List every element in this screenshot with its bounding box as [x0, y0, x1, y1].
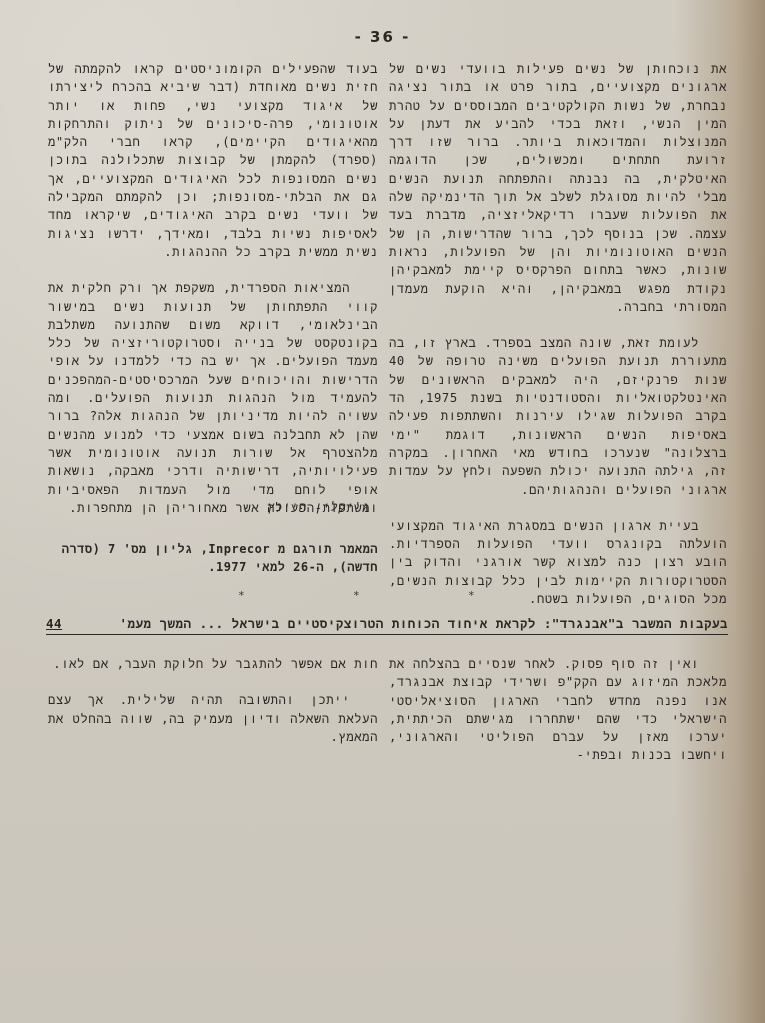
paragraph: בעיית ארגון הנשים במסגרת האיגוד המקצועי …	[389, 517, 727, 608]
continuation-page-ref: 44	[46, 616, 62, 632]
paragraph: חות אם אפשר להתגבר על חלוקת העבר, אם לאו…	[48, 655, 378, 673]
left-column-bottom: חות אם אפשר להתגבר על חלוקת העבר, אם לאו…	[48, 655, 378, 764]
paragraph: את נוכחותן של נשים פעילות בוועדי נשים של…	[389, 60, 727, 316]
right-column-bottom: ואין זה סוף פסוק. לאחר שנסיים בהצלחה את …	[389, 655, 727, 783]
paragraph: המציאות הספרדית, משקפת אך ורק חלקית את ק…	[48, 279, 378, 517]
separator-star: *	[468, 589, 475, 602]
page-number: - 36 -	[0, 28, 765, 46]
source-note: המאמר תורגם מ Inprecor, גליון מס' 7 (סדר…	[48, 540, 378, 576]
separator-star: *	[238, 589, 245, 602]
paragraph: ואין זה סוף פסוק. לאחר שנסיים בהצלחה את …	[389, 655, 727, 765]
right-column-top: את נוכחותן של נשים פעילות בוועדי נשים של…	[389, 60, 727, 626]
author-signature: ג'יקלין היינץ	[100, 500, 370, 515]
continuation-header: בעקבות המשבר ב"אבנגרד": לקראת איחוד הכוח…	[46, 616, 728, 635]
paragraph: ייתכן והתשובה תהיה שלילית. אך עצם העלאת …	[48, 691, 378, 746]
separator-star: *	[353, 589, 360, 602]
left-column-top: בעוד שהפעילים הקומוניסטים קראו להקמתה של…	[48, 60, 378, 535]
paragraph: בעוד שהפעילים הקומוניסטים קראו להקמתה של…	[48, 60, 378, 261]
continuation-title: בעקבות המשבר ב"אבנגרד": לקראת איחוד הכוח…	[119, 616, 728, 632]
paragraph: לעומת זאת, שונה המצב בספרד. בארץ זו, בה …	[389, 334, 727, 499]
